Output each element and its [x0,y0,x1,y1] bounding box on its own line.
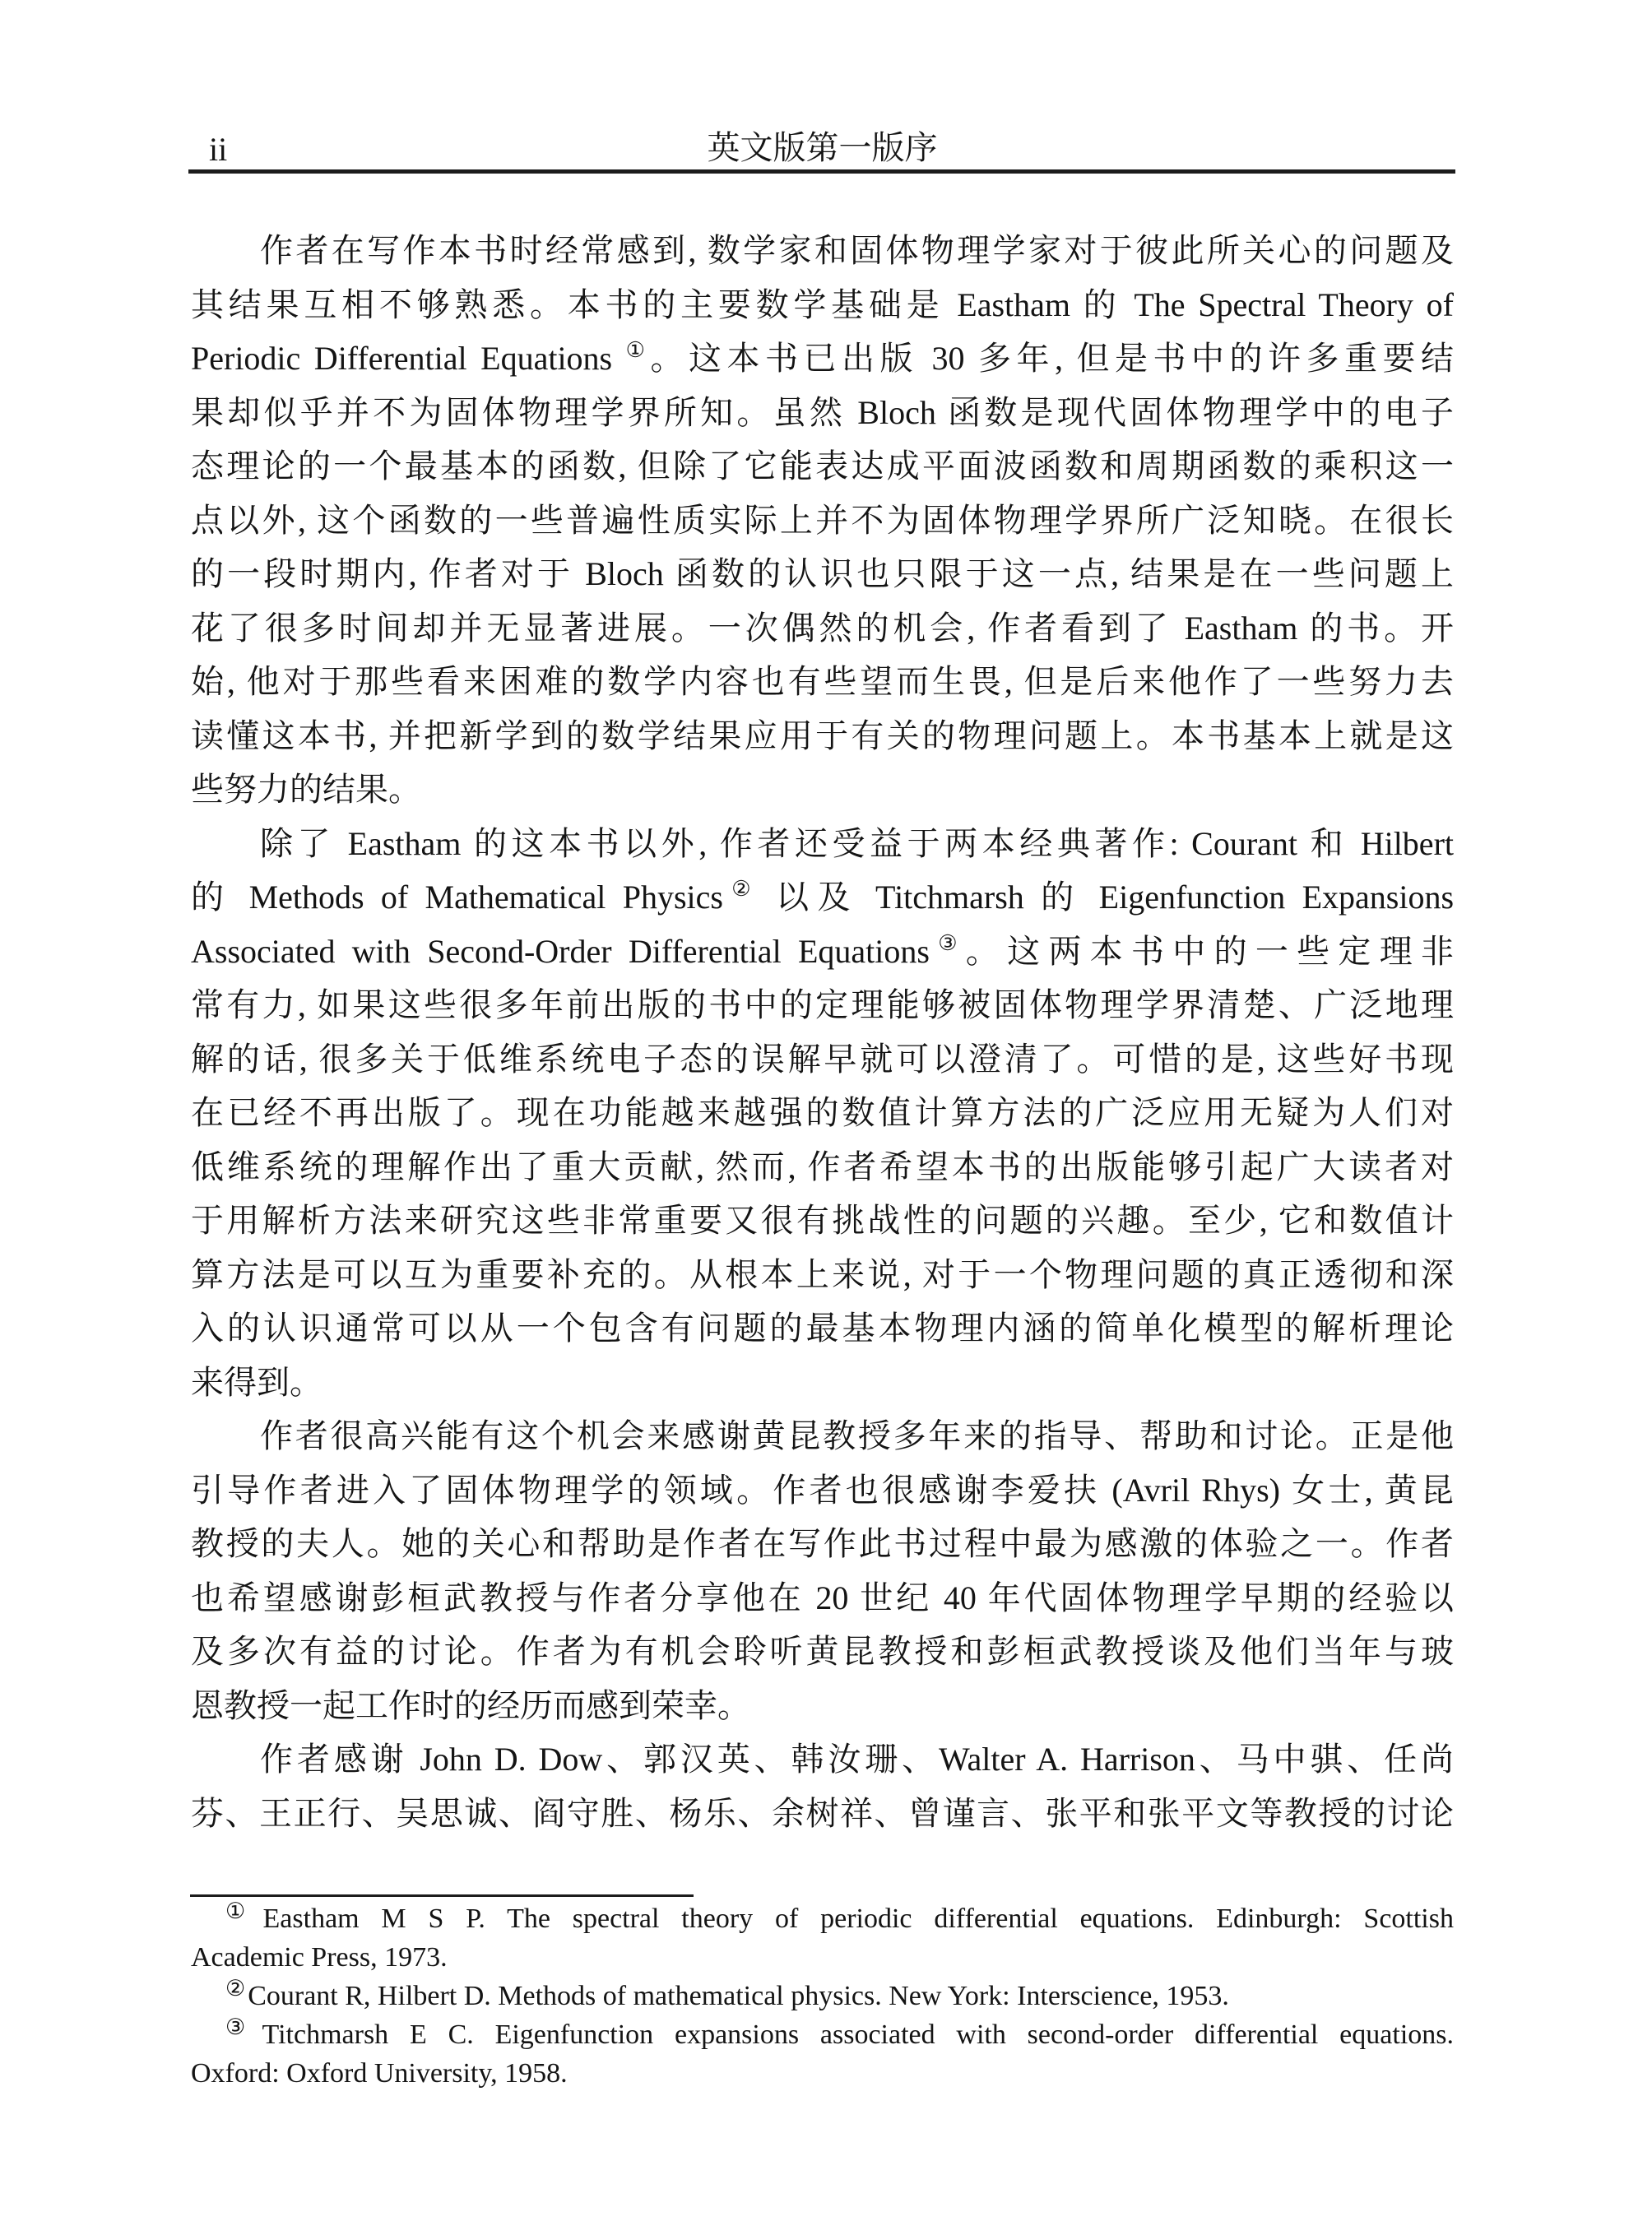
text-line: 除了 Eastham 的这本书以外, 作者还受益于两本经典著作: Courant… [191,817,1454,871]
footnote-reference: ① [626,338,651,362]
text-line: 芬、王正行、吴思诚、阎守胜、杨乐、余树祥、曾谨言、张平和张平文等教授的讨论 [191,1787,1454,1841]
text-line: 态理论的一个最基本的函数, 但除了它能表达成平面波函数和周期函数的乘积这一 [191,439,1454,494]
text-line: 读懂这本书, 并把新学到的数学结果应用于有关的物理问题上。本书基本上就是这 [191,709,1454,763]
text-line: 作者在写作本书时经常感到, 数学家和固体物理学家对于彼此所关心的问题及 [191,224,1454,278]
text-line: 在已经不再出版了。现在功能越来越强的数值计算方法的广泛应用无疑为人们对 [191,1086,1454,1140]
text-line: 常有力, 如果这些很多年前出版的书中的定理能够被固体物理学界清楚、广泛地理 [191,978,1454,1032]
header-rule [188,169,1455,174]
text-line: 的 Methods of Mathematical Physics② 以及 Ti… [191,870,1454,925]
text-line: 于用解析方法来研究这些非常重要又很有挑战性的问题的兴趣。至少, 它和数值计 [191,1194,1454,1248]
text-line: Associated with Second-Order Differentia… [191,925,1454,979]
footnote-line: ③Titchmarsh E C. Eigenfunction expansion… [191,2015,1454,2054]
text-line: 也希望感谢彭桓武教授与作者分享他在 20 世纪 40 年代固体物理学早期的经验以 [191,1571,1454,1625]
preface-body: 作者在写作本书时经常感到, 数学家和固体物理学家对于彼此所关心的问题及其结果互相… [191,224,1454,1840]
footnote-line: Academic Press, 1973. [191,1938,1454,1977]
text-line: 的一段时期内, 作者对于 Bloch 函数的认识也只限于这一点, 结果是在一些问… [191,547,1454,601]
footnote-line: ②Courant R, Hilbert D. Methods of mathem… [191,1977,1454,2015]
text-line: 些努力的结果。 [191,763,1454,817]
text-line: 算方法是可以互为重要补充的。从根本上来说, 对于一个物理问题的真正透彻和深 [191,1248,1454,1302]
footnote-marker: ① [225,1899,261,1923]
text-line: 教授的夫人。她的关心和帮助是作者在写作此书过程中最为感激的体验之一。作者 [191,1517,1454,1571]
text-line: 解的话, 很多关于低维系统电子态的误解早就可以澄清了。可惜的是, 这些好书现 [191,1032,1454,1087]
footnote-reference: ③ [930,931,966,955]
footnote-marker: ② [225,1977,245,2001]
footnote-separator [190,1894,694,1897]
footnote-line: Oxford: Oxford University, 1958. [191,2054,1454,2093]
book-preface-page: ii 英文版第一版序 作者在写作本书时经常感到, 数学家和固体物理学家对于彼此所… [0,0,1652,2235]
text-line: 点以外, 这个函数的一些普遍性质实际上并不为固体物理学界所广泛知晓。在很长 [191,494,1454,548]
text-line: 入的认识通常可以从一个包含有问题的最基本物理内涵的简单化模型的解析理论 [191,1301,1454,1356]
text-line: 其结果互相不够熟悉。本书的主要数学基础是 Eastham 的 The Spect… [191,278,1454,332]
footnotes: ①Eastham M S P. The spectral theory of p… [191,1899,1454,2093]
text-line: 果却似乎并不为固体物理学界所知。虽然 Bloch 函数是现代固体物理学中的电子 [191,386,1454,440]
footnote-line: ①Eastham M S P. The spectral theory of p… [191,1899,1454,1938]
text-line: 及多次有益的讨论。作者为有机会聆听黄昆教授和彭桓武教授谈及他们当年与玻 [191,1625,1454,1679]
text-line: 作者感谢 John D. Dow、郭汉英、韩汝珊、Walter A. Harri… [191,1732,1454,1787]
running-header-title: 英文版第一版序 [191,128,1454,168]
text-line: 始, 他对于那些看来困难的数学内容也有些望而生畏, 但是后来他作了一些努力去 [191,655,1454,709]
text-line: 低维系统的理解作出了重大贡献, 然而, 作者希望本书的出版能够引起广大读者对 [191,1140,1454,1194]
text-line: 恩教授一起工作时的经历而感到荣幸。 [191,1679,1454,1733]
text-line: 作者很高兴能有这个机会来感谢黄昆教授多年来的指导、帮助和讨论。正是他 [191,1409,1454,1463]
text-line: 来得到。 [191,1356,1454,1410]
text-line: 花了很多时间却并无显著进展。一次偶然的机会, 作者看到了 Eastham 的书。… [191,601,1454,656]
text-line: Periodic Differential Equations ①。这本书已出版… [191,332,1454,386]
footnote-reference: ② [723,877,759,901]
text-line: 引导作者进入了固体物理学的领域。作者也很感谢李爱扶 (Avril Rhys) 女… [191,1463,1454,1518]
footnote-marker: ③ [225,2015,260,2039]
